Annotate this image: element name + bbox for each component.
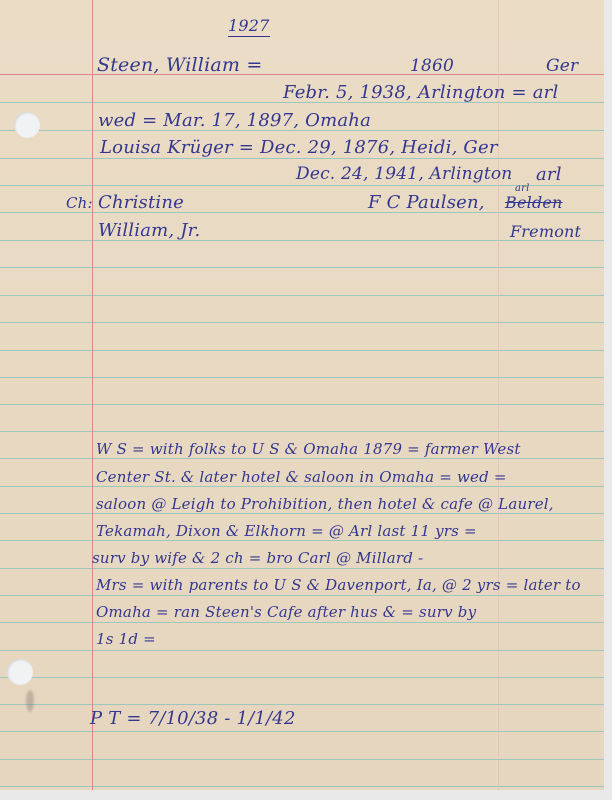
blue-rule xyxy=(0,431,604,432)
blue-rule xyxy=(0,212,604,213)
blue-rule xyxy=(0,731,604,732)
narrative-line: saloon @ Leigh to Prohibition, then hote… xyxy=(96,497,554,512)
paper-stain xyxy=(26,690,34,712)
blue-rule xyxy=(0,759,604,760)
narrative-line: W S = with folks to U S & Omaha 1879 = f… xyxy=(96,442,521,457)
birth-place: Ger xyxy=(546,58,578,75)
narrative-line: Mrs = with parents to U S & Davenport, I… xyxy=(96,578,581,593)
blue-rule xyxy=(0,185,604,186)
blue-rule xyxy=(0,377,604,378)
punch-hole-bottom xyxy=(7,659,33,685)
header-year: 1927 xyxy=(228,18,270,37)
spouse-burial: arl xyxy=(536,166,562,184)
blue-rule xyxy=(0,322,604,323)
ruled-paper-sheet: 1927 Steen, William = 1860 Ger Febr. 5, … xyxy=(0,0,604,790)
punch-hole-top xyxy=(14,112,40,138)
blue-rule xyxy=(0,677,604,678)
narrative-line: Tekamah, Dixon & Elkhorn = @ Arl last 11… xyxy=(96,524,477,539)
blue-rule xyxy=(0,513,604,514)
blue-rule xyxy=(0,295,604,296)
child-name: Christine xyxy=(98,194,184,212)
child-name: William, Jr. xyxy=(98,222,200,240)
red-header-rule xyxy=(0,74,604,75)
narrative-line: Omaha = ran Steen's Cafe after hus & = s… xyxy=(96,605,476,620)
blue-rule xyxy=(0,404,604,405)
death-info: Febr. 5, 1938, Arlington = arl xyxy=(283,84,558,102)
blue-rule xyxy=(0,704,604,705)
children-label: Ch: xyxy=(66,196,93,211)
blue-rule xyxy=(0,267,604,268)
child-place-struck: Belden xyxy=(505,195,563,211)
spouse-death: Dec. 24, 1941, Arlington xyxy=(296,166,512,183)
blue-rule xyxy=(0,622,604,623)
narrative-line: Center St. & later hotel & saloon in Oma… xyxy=(96,470,507,485)
blue-rule xyxy=(0,486,604,487)
narrative-line: surv by wife & 2 ch = bro Carl @ Millard… xyxy=(92,551,423,566)
blue-rule xyxy=(0,540,604,541)
blue-rule xyxy=(0,158,604,159)
marriage-info: wed = Mar. 17, 1897, Omaha xyxy=(98,112,371,130)
blue-rule xyxy=(0,786,604,787)
red-margin-line xyxy=(92,0,93,790)
child-spouse: F C Paulsen, xyxy=(368,194,485,212)
blue-rule xyxy=(0,568,604,569)
blue-rule xyxy=(0,350,604,351)
narrative-line: 1s 1d = xyxy=(96,632,156,647)
blue-rule xyxy=(0,595,604,596)
blue-rule xyxy=(0,458,604,459)
birth-year: 1860 xyxy=(410,58,454,75)
faint-margin-line xyxy=(498,0,499,790)
blue-rule xyxy=(0,650,604,651)
child-place: Fremont xyxy=(510,224,581,240)
spouse-info: Louisa Krüger = Dec. 29, 1876, Heidi, Ge… xyxy=(100,139,498,157)
footer-note: P T = 7/10/38 - 1/1/42 xyxy=(90,710,296,728)
person-name: Steen, William = xyxy=(97,56,262,75)
